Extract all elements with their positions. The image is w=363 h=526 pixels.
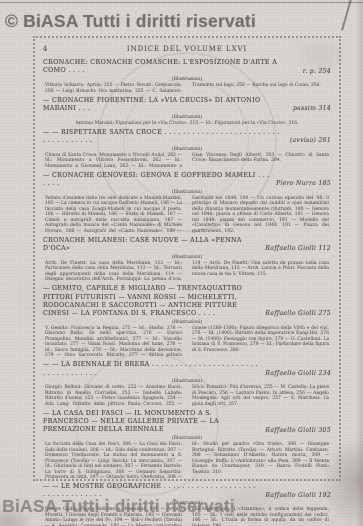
illustrations-label: (Illustrazioni): [43, 379, 331, 384]
entry-heading: — CRONACHE FIORENTINE: LA «VIA CRUCIS» D…: [43, 97, 331, 114]
entry-caption: Giorgio Belloni: Giovane di notte, 252 —…: [45, 385, 329, 407]
entry-heading: CRONACHE MILANESI: CASE NUOVE — ALLA «PE…: [43, 237, 331, 254]
entry-caption: Vittorio Schiavio: Aprile, 255 — Pietro …: [45, 83, 329, 94]
illustrations-label: (Illustrazioni): [43, 436, 331, 441]
index-entry-cronache-milanesi: CRONACHE MILANESI: CASE NUOVE — ALLA «PE…: [43, 237, 331, 283]
entry-title: — CRONACHE FIORENTINE: LA «VIA CRUCIS» D…: [43, 97, 287, 114]
scanned-index-page: © BiASA Tutti i diritti riservati 4 INDI…: [0, 0, 363, 526]
index-entry-cronache-comasche: CRONACHE: CRONACHE COMASCHE: L'ESPOSIZIO…: [43, 59, 331, 94]
illustrations-label: (Illustrazioni): [43, 190, 331, 195]
entry-ref: Raffaello Giolli 275: [265, 310, 331, 318]
page-edge-line: [0, 2, 363, 3]
page-frame: 4 INDICE DEL VOLUME LXVI CRONACHE: CRONA…: [33, 36, 341, 481]
entry-heading: — GEMITO, CAPRILE E MIGLIARO — TRENTAQUA…: [43, 285, 331, 318]
index-entry-casa-dei-fasci: — LA CASA DEI FASCI — IL MONUMENTO A S. …: [43, 410, 331, 481]
index-entry-biennale-di-brera: — — LA BIENNALE DI BRERA . . . . . . . .…: [43, 361, 331, 407]
illustrations-label: (Illustrazioni): [43, 320, 331, 325]
entry-heading: — CRONACHE GENOVESI: GENOVA E GOFFREDO M…: [43, 172, 331, 189]
index-entry-cronache-fiorentine: — CRONACHE FIORENTINE: LA «VIA CRUCIS» D…: [43, 97, 331, 127]
entry-title: CRONACHE MILANESI: CASE NUOVE — ALLA «PE…: [43, 237, 259, 254]
entry-caption: Veduta d'insieme delle tre sale dedicate…: [45, 196, 329, 234]
entry-ref: passim 314: [293, 105, 331, 113]
volume-index-title: INDICE DEL VOLUME LXVI: [69, 45, 305, 53]
entry-heading: — — LA BIENNALE DI BRERA . . . . . . . .…: [43, 361, 331, 378]
illustrations-label: (Illustrazioni): [43, 255, 331, 260]
entry-ref: Raffaello Giolli 234: [265, 370, 331, 378]
illustrations-label: (Illustrazioni): [43, 115, 331, 120]
entry-caption: Chiesa di Santa Croce: Monumento a Nicco…: [45, 153, 329, 169]
entry-ref: (avviso) 261: [290, 137, 331, 145]
index-entry-cronache-genovesi: — CRONACHE GENOVESI: GENOVA E GOFFREDO M…: [43, 172, 331, 234]
page-header: 4 INDICE DEL VOLUME LXVI: [43, 45, 331, 53]
pen-mark: [341, 0, 352, 31]
entry-ref: Raffaello Giolli 112: [265, 245, 331, 253]
entry-ref: Piero Nurra 185: [276, 180, 331, 188]
watermark-bottom: © BiASA Tutti i diritti riservati: [0, 496, 235, 517]
entry-title: — LA CASA DEI FASCI — IL MONUMENTO A S. …: [43, 410, 259, 435]
entry-caption: V. Gemito: Francesca la Regina, 275 — Id…: [45, 326, 329, 359]
entry-heading: — LA CASA DEI FASCI — IL MONUMENTO A S. …: [43, 410, 331, 435]
entry-heading: CRONACHE: CRONACHE COMASCHE: L'ESPOSIZIO…: [43, 59, 331, 76]
entry-heading: — — RISPETTARE SANTA CROCE . . . . . . .…: [43, 129, 331, 146]
entry-title: — GEMITO, CAPRILE E MIGLIARO — TRENTAQUA…: [43, 285, 259, 318]
entry-title: — — LA BIENNALE DI BRERA . . . . . . . .…: [43, 361, 259, 378]
illustrations-label: (Illustrazioni): [43, 147, 331, 152]
page-number: 4: [43, 45, 69, 53]
illustrations-label: (Illustrazioni): [43, 77, 331, 82]
entry-ref: Raffaello Giolli 192: [265, 492, 331, 500]
entry-title: — CRONACHE GENOVESI: GENOVA E GOFFREDO M…: [43, 172, 270, 189]
entry-ref: r. p. 254: [303, 68, 331, 76]
entry-caption: La facciata della Casa dei Fasci, 306 — …: [45, 442, 329, 480]
entry-caption: Arch. De Finetti: La casa della Meridian…: [45, 261, 329, 283]
entry-title: — — RISPETTARE SANTA CROCE . . . . . . .…: [43, 129, 284, 146]
index-entry-gemito-caprile-migliaro: — GEMITO, CAPRILE E MIGLIARO — TRENTAQUA…: [43, 285, 331, 359]
entry-ref: Raffaello Giolli 305: [265, 427, 331, 435]
entry-caption: Antonio Maraini: Figurazioni per la «Via…: [45, 121, 329, 126]
watermark-top: © BiASA Tutti i diritti riservati: [5, 11, 256, 32]
page-edge-shadow: [356, 0, 363, 526]
entry-title: CRONACHE: CRONACHE COMASCHE: L'ESPOSIZIO…: [43, 59, 297, 76]
index-entry-rispettare-santa-croce: — — RISPETTARE SANTA CROCE . . . . . . .…: [43, 129, 331, 170]
